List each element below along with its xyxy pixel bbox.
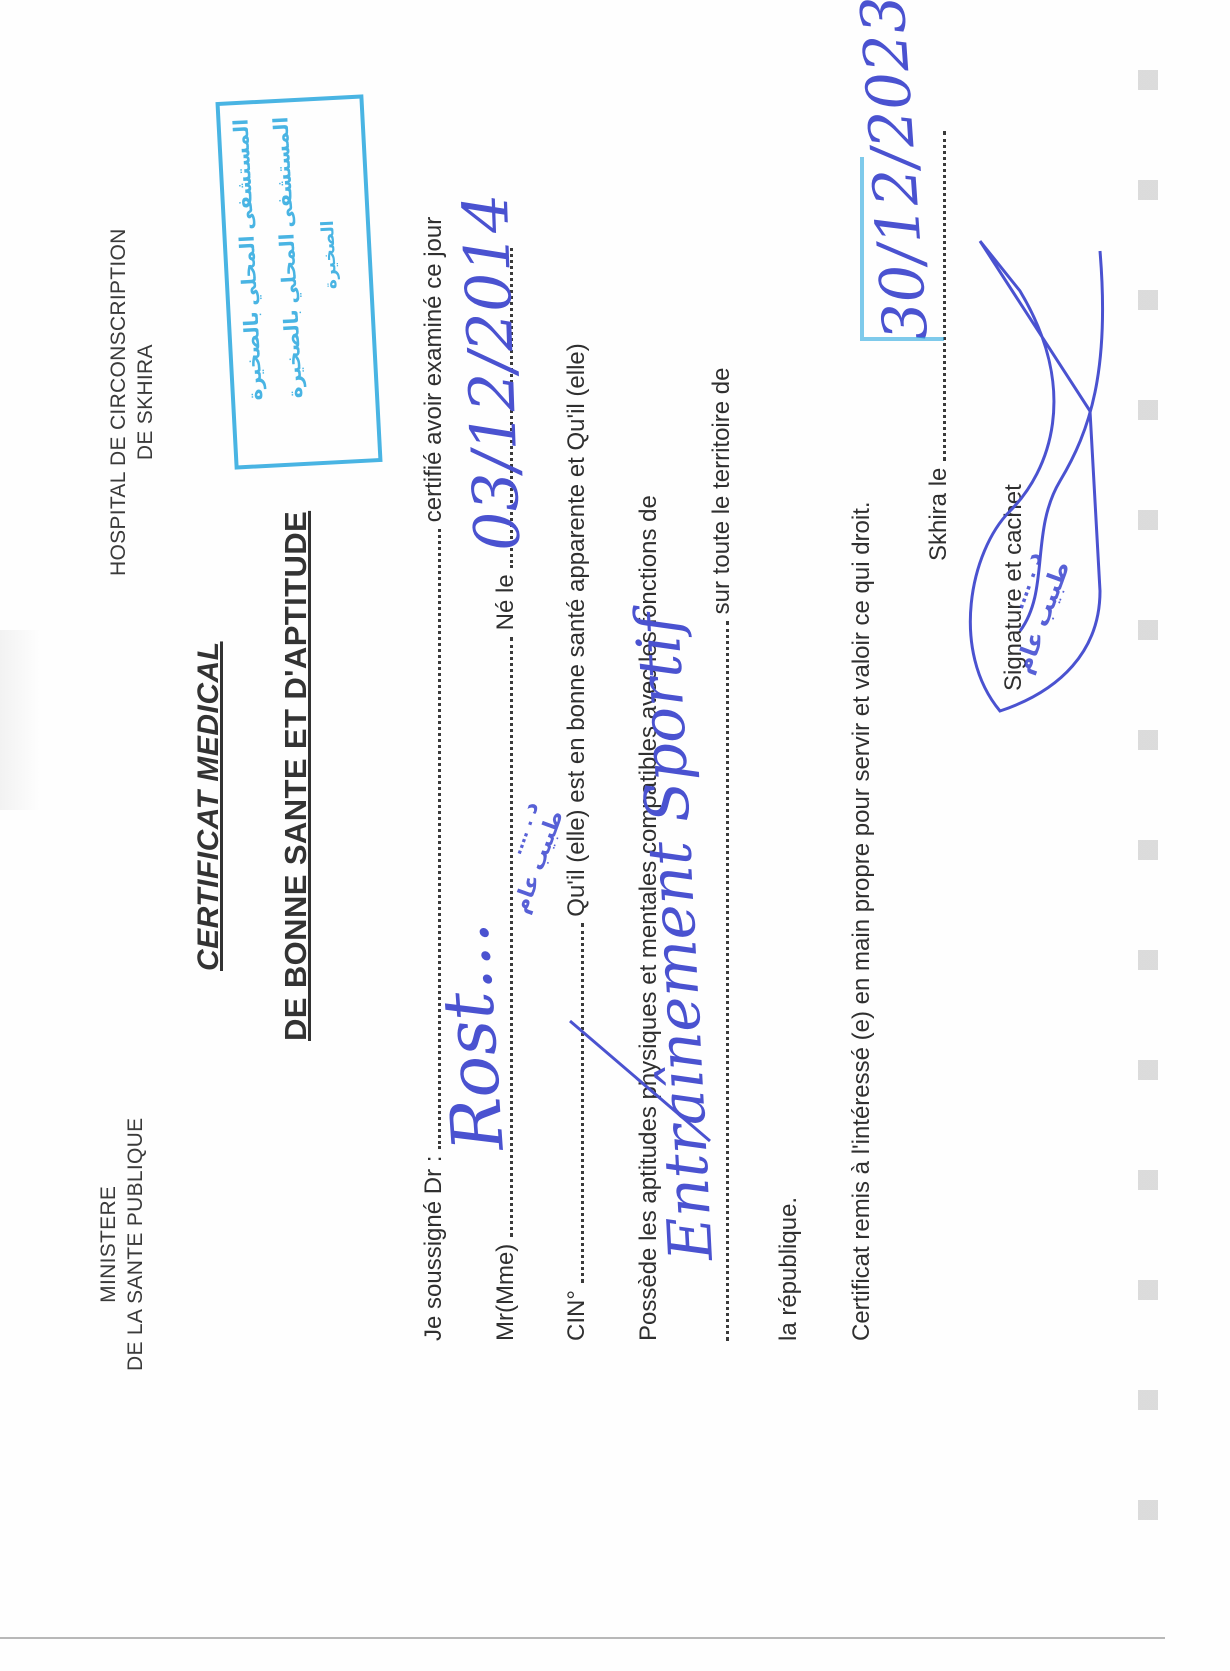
doctor-line: Je soussigné Dr : certifié avoir examiné…: [420, 217, 448, 1341]
header-hospital-line-2: DE SKHIRA: [132, 228, 159, 576]
birth-label: Né le: [492, 574, 519, 630]
republic-line: la république.: [775, 1197, 803, 1341]
doctor-label: Je soussigné Dr :: [420, 1156, 447, 1341]
handwritten-signature: [960, 211, 1160, 711]
rotated-certificate: MINISTERE DE LA SANTE PUBLIQUE HOSPITAL …: [0, 0, 1230, 1671]
header-ministry-line-2: DE LA SANTE PUBLIQUE: [122, 1118, 149, 1371]
territory-statement: sur toute le territoire de: [708, 368, 735, 615]
health-statement: Qu'il (elle) est en bonne santé apparent…: [563, 343, 590, 917]
remit-statement: Certificat remis à l'intéressé (e) en ma…: [848, 501, 875, 1341]
place-label: Skhira le: [925, 468, 952, 561]
handwritten-doctor-name: Rost…: [422, 920, 520, 1154]
header-hospital: HOSPITAL DE CIRCONSCRIPTION DE SKHIRA: [105, 228, 159, 576]
handwritten-birth-date: 03/12/2014: [449, 192, 534, 552]
republic-text: la république.: [775, 1197, 802, 1341]
handwritten-strike-line: [560, 951, 760, 1151]
header-hospital-line-1: HOSPITAL DE CIRCONSCRIPTION: [105, 228, 132, 576]
patient-label: Mr(Mme): [492, 1244, 519, 1341]
certificate-subtitle: DE BONNE SANTE ET D'APTITUDE: [278, 511, 314, 1041]
doctor-certify-text: certifié avoir examiné ce jour: [420, 217, 447, 522]
hospital-stamp-line-2: المستشفى المحلي بالصخيرة: [268, 116, 308, 399]
hospital-stamp-line-1: المستشفى المحلي بالصخيرة: [228, 118, 268, 401]
signature-cyan-stamp: [860, 157, 944, 341]
header-ministry: MINISTERE DE LA SANTE PUBLIQUE: [95, 1118, 149, 1371]
certificate-title: CERTIFICAT MEDICAL: [192, 641, 226, 971]
hospital-stamp-line-3: الصخيرة: [318, 220, 342, 290]
header-ministry-line-1: MINISTERE: [95, 1118, 122, 1371]
cin-line: CIN° Qu'il (elle) est en bonne santé app…: [563, 343, 591, 1341]
remit-line: Certificat remis à l'intéressé (e) en ma…: [848, 501, 876, 1341]
cin-label: CIN°: [563, 1290, 590, 1341]
hospital-stamp: المستشفى المحلي بالصخيرة المستشفى المحلي…: [215, 94, 382, 469]
